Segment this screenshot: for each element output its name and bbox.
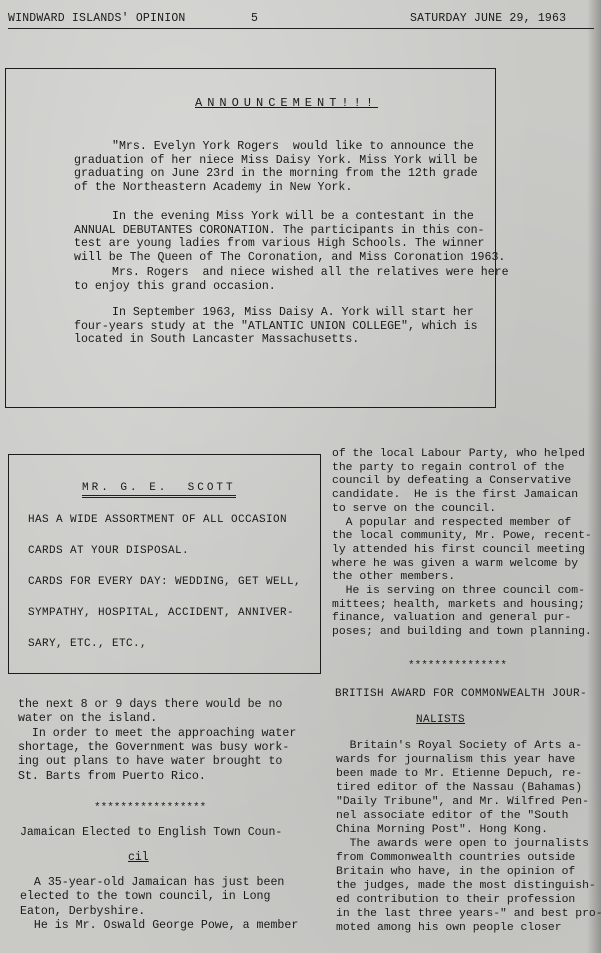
scott-ad-line: CARDS FOR EVERY DAY: WEDDING, GET WELL, — [28, 576, 301, 589]
header-rule — [8, 28, 594, 29]
jamaican-line: Eaton, Derbyshire. — [20, 905, 145, 918]
publication-name: WINDWARD ISLANDS' OPINION — [8, 12, 186, 25]
page-number: 5 — [251, 12, 258, 25]
jamaican-line: the party to regain control of the — [332, 462, 564, 475]
scott-ad-line: CARDS AT YOUR DISPOSAL. — [28, 545, 189, 558]
announcement-line: Mrs. Rogers and niece wished all the rel… — [112, 266, 509, 279]
announcement-line: will be The Queen of The Coronation, and… — [74, 251, 505, 264]
jamaican-line: mittees; health, markets and housing; — [332, 599, 585, 612]
issue-date: SATURDAY JUNE 29, 1963 — [410, 12, 566, 25]
jamaican-line: candidate. He is the first Jamaican — [332, 489, 578, 502]
award-line: nel associate editor of the "South — [336, 810, 568, 823]
jamaican-line: He is Mr. Oswald George Powe, a member — [20, 919, 298, 932]
announcement-line: of the Northeastern Academy in New York. — [74, 181, 352, 194]
announcement-title: ANNOUNCEMENT!!! — [195, 97, 378, 110]
water-separator: ***************** — [94, 802, 206, 815]
scott-ad-line: SYMPATHY, HOSPITAL, ACCIDENT, ANNIVER- — [28, 607, 294, 620]
jamaican-line: A 35-year-old Jamaican has just been — [20, 876, 284, 889]
jamaican-line: council by defeating a Conservative — [332, 475, 571, 488]
award-line: from Commonwealth countries outside — [336, 852, 575, 865]
water-line: St. Barts from Puerto Rico. — [18, 770, 206, 783]
award-line: wards for journalism this year have — [336, 754, 575, 767]
jamaican-line: where he was given a warm welcome by — [332, 558, 578, 571]
jamaican-separator: *************** — [408, 660, 507, 673]
award-line: "Daily Tribune", and Mr. Wilfred Pen- — [336, 796, 589, 809]
jamaican-line: of the local Labour Party, who helped — [332, 448, 585, 461]
water-line: shortage, the Government was busy work- — [18, 741, 289, 754]
announcement-line: graduation of her niece Miss Daisy York.… — [74, 154, 478, 167]
award-line: Britain's Royal Society of Arts a- — [336, 740, 582, 753]
water-line: ing out plans to have water brought to — [18, 755, 282, 768]
award-line: the judges, made the most distinguish- — [336, 880, 596, 893]
award-headline-1: BRITISH AWARD FOR COMMONWEALTH JOUR- — [335, 688, 587, 701]
scott-ad-line: SARY, ETC., ETC., — [28, 638, 147, 651]
jamaican-line: to serve on the council. — [332, 503, 496, 516]
award-line: The awards were open to journalists — [336, 838, 589, 851]
announcement-line: to enjoy this grand occasion. — [74, 280, 276, 293]
announcement-line: In the evening Miss York will be a conte… — [112, 210, 474, 223]
jamaican-line: A popular and respected member of — [332, 517, 571, 530]
page-edge-shadow — [587, 0, 601, 953]
award-line: tired editor of the Nassau (Bahamas) — [336, 782, 582, 795]
announcement-line: test are young ladies from various High … — [74, 237, 485, 250]
water-line: In order to meet the approaching water — [18, 727, 296, 740]
jamaican-line: He is serving on three council com- — [332, 585, 585, 598]
announcement-line: graduating on June 23rd in the morning f… — [74, 167, 478, 180]
jamaican-line: the local community, Mr. Powe, recent- — [332, 530, 592, 543]
water-line: the next 8 or 9 days there would be no — [18, 698, 282, 711]
award-line: Britain who have, in the opinion of — [336, 866, 575, 879]
water-line: water on the island. — [18, 712, 157, 725]
jamaican-line: poses; and building and town planning. — [332, 626, 592, 639]
page-header: WINDWARD ISLANDS' OPINION 5 SATURDAY JUN… — [8, 11, 601, 29]
jamaican-line: ly attended his first council meeting — [332, 544, 585, 557]
announcement-line: four-years study at the "ATLANTIC UNION … — [74, 320, 478, 333]
announcement-line: located in South Lancaster Massachusetts… — [74, 333, 359, 346]
jamaican-headline-1: Jamaican Elected to English Town Coun- — [20, 826, 282, 839]
jamaican-headline-2: cil — [128, 851, 149, 864]
award-line: ed contribution to their profession — [336, 894, 575, 907]
scott-ad-line: HAS A WIDE ASSORTMENT OF ALL OCCASION — [28, 514, 287, 527]
award-line: in the last three years-" and best pro- — [336, 908, 601, 921]
award-line: China Morning Post". Hong Kong. — [336, 824, 548, 837]
scott-ad-title: MR. G. E. SCOTT — [82, 482, 236, 498]
jamaican-line: finance, valuation and general pur- — [332, 612, 571, 625]
announcement-line: In September 1963, Miss Daisy A. York wi… — [112, 306, 474, 319]
award-line: been made to Mr. Etienne Depuch, re- — [336, 768, 582, 781]
announcement-line: "Mrs. Evelyn York Rogers would like to a… — [112, 140, 474, 153]
announcement-line: ANNUAL DEBUTANTES CORONATION. The partic… — [74, 224, 485, 237]
jamaican-line: elected to the town council, in Long — [20, 890, 270, 903]
jamaican-line: the other members. — [332, 571, 455, 584]
award-line: moted among his own people closer — [336, 922, 562, 935]
award-headline-2: NALISTS — [416, 714, 465, 727]
